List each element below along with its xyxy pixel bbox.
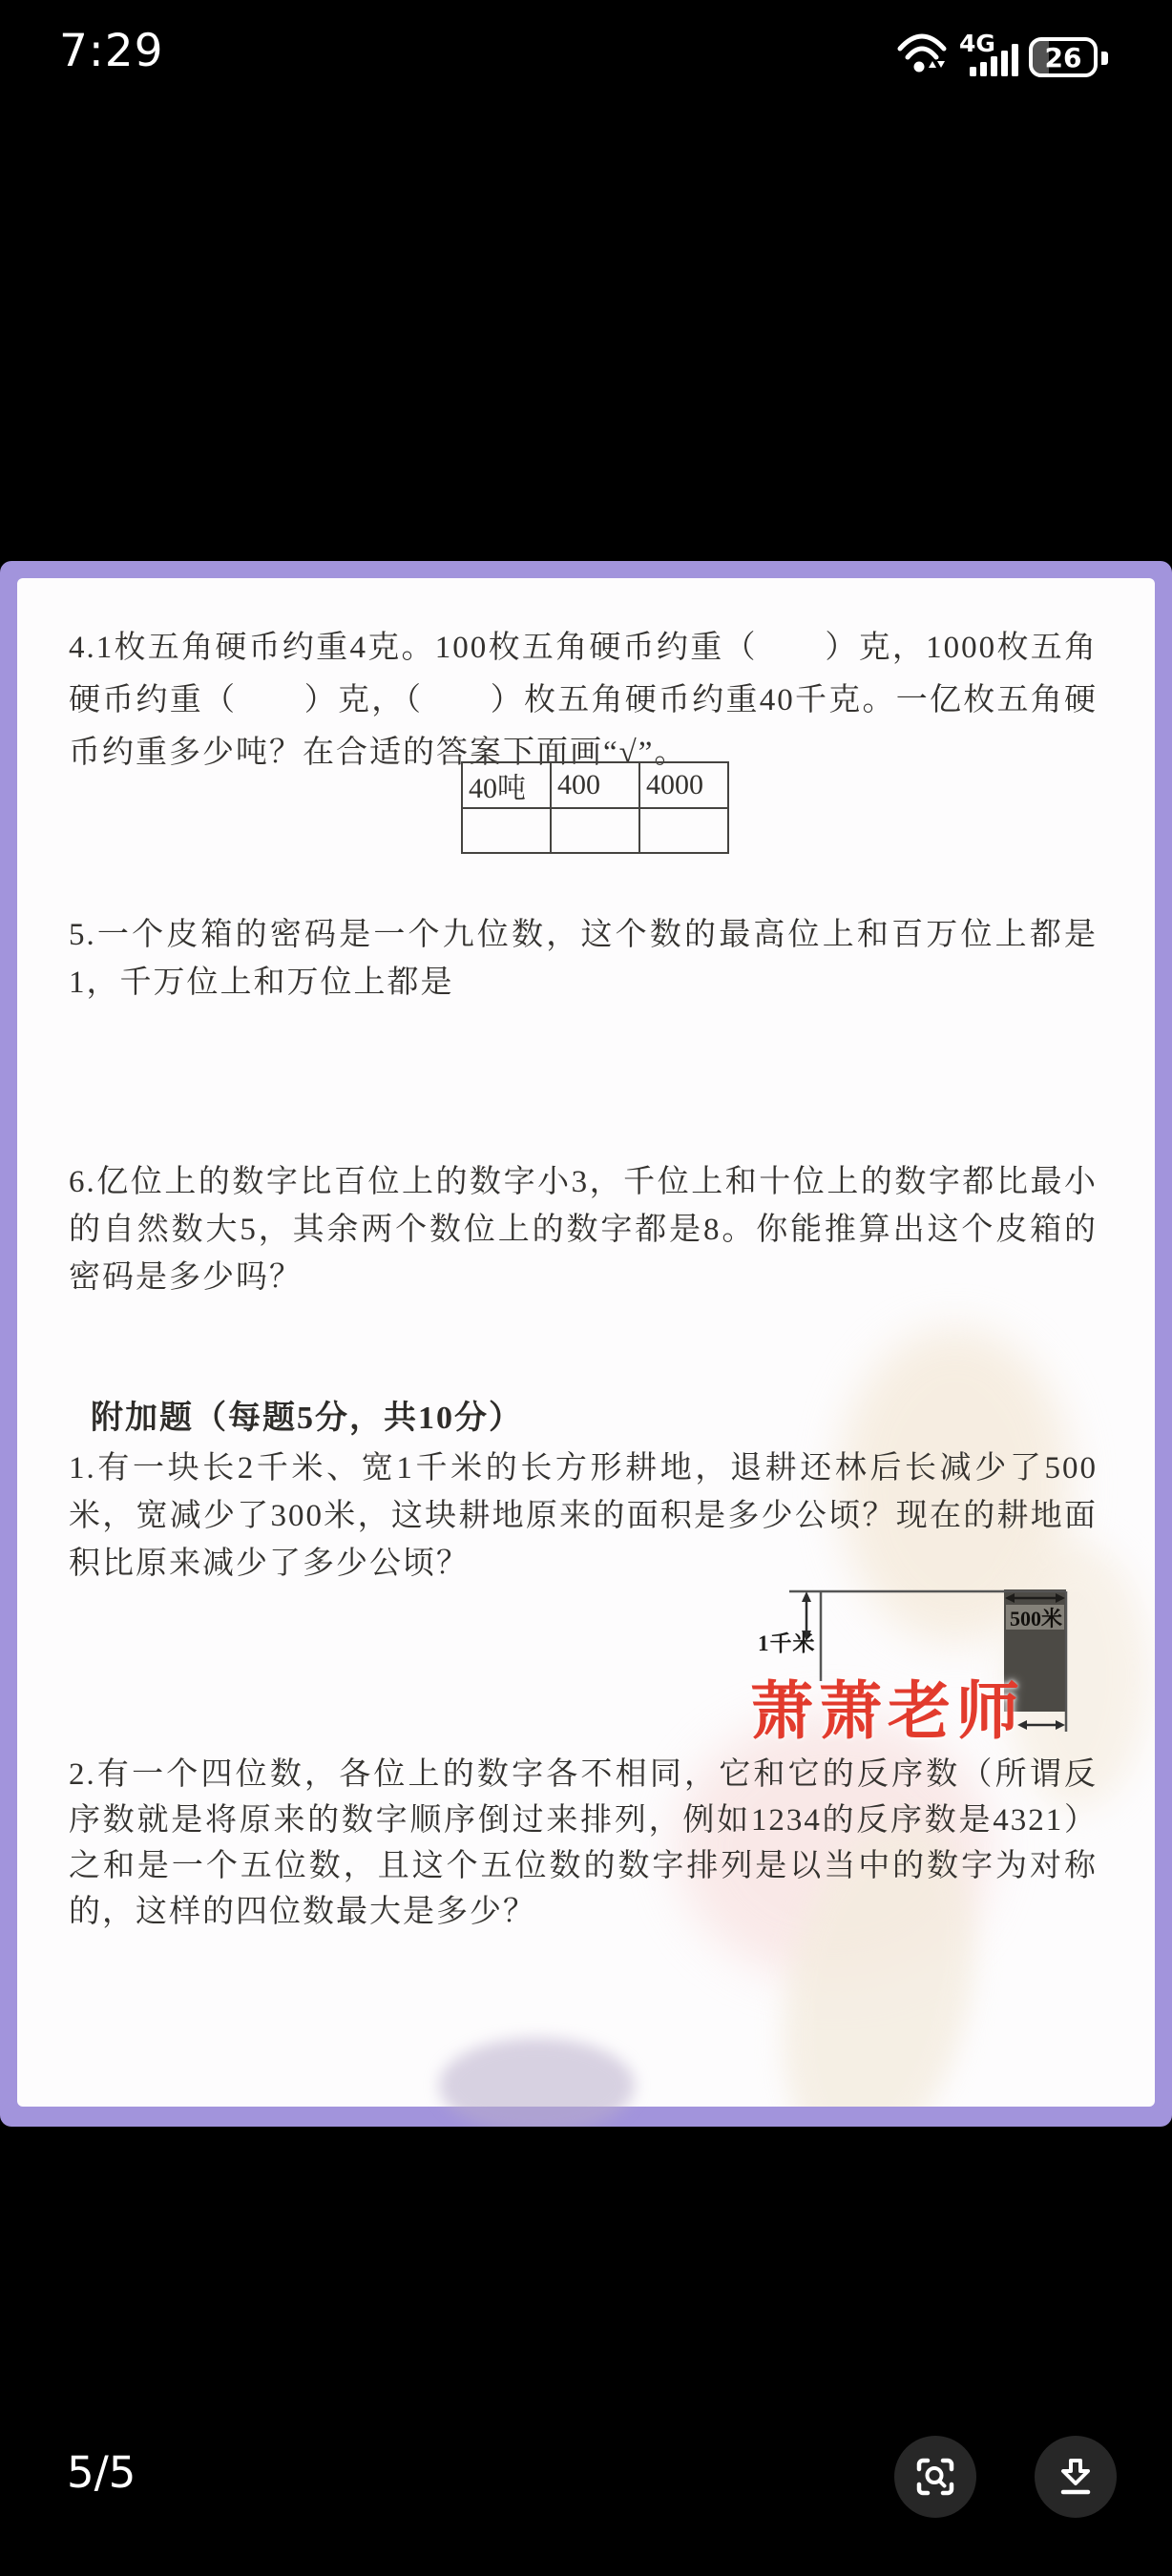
diagram-width-label: 1千米 (758, 1626, 816, 1657)
worksheet-photo: 4.1枚五角硬币约重4克。100枚五角硬币约重（ ）克，1000枚五角硬币约重（… (0, 561, 1172, 2127)
status-bar: 7:29 4G 26 (0, 0, 1172, 105)
answer-blank-row (462, 808, 728, 853)
signal-strength-icon (962, 42, 1021, 76)
answer-option-cell: 4000 (639, 762, 728, 808)
phone-screen: 7:29 4G 26 4.1枚五角硬币约重4克 (0, 0, 1172, 2576)
background-blob (439, 2038, 635, 2127)
question-4: 4.1枚五角硬币约重4克。100枚五角硬币约重（ ）克，1000枚五角硬币约重（… (69, 622, 1098, 779)
answer-option-cell: 40吨 (462, 762, 551, 808)
diagram-strip-label: 500米 (1010, 1607, 1062, 1631)
bonus-question-1: 1.有一块长2千米、宽1千米的长方形耕地，退耕还林后长减少了500米，宽减少了3… (69, 1444, 1098, 1588)
bonus-section-header: 附加题（每题5分，共10分） (91, 1391, 523, 1438)
download-icon (1053, 2454, 1099, 2500)
question-6: 6.亿位上的数字比百位上的数字小3，千位上和十位上的数字都比最小的自然数大5，其… (69, 1158, 1098, 1301)
teacher-watermark: 萧萧老师 (750, 1660, 1025, 1751)
wifi-icon (895, 32, 951, 76)
answer-blank-cell (551, 808, 639, 853)
viewer-bottom-bar: 5/5 (0, 2404, 1172, 2576)
answer-option-cell: 400 (551, 762, 639, 808)
bonus-question-2: 2.有一个四位数，各位上的数字各不相同，它和它的反序数（所谓反序数就是将原来的数… (69, 1752, 1098, 1935)
answer-options-table: 40吨 400 4000 (461, 761, 729, 854)
battery-percentage: 26 (1033, 42, 1094, 73)
question-5: 5.一个皮箱的密码是一个九位数，这个数的最高位上和百万位上都是1，千万位上和万位… (69, 911, 1098, 1007)
answer-blank-cell (462, 808, 551, 853)
worksheet-page: 4.1枚五角硬币约重4克。100枚五角硬币约重（ ）克，1000枚五角硬币约重（… (17, 578, 1155, 2107)
page-indicator: 5/5 (67, 2447, 136, 2498)
battery-icon: 26 (1029, 37, 1098, 77)
battery-terminal (1101, 52, 1108, 65)
search-in-image-button[interactable] (894, 2436, 976, 2518)
answer-options-row: 40吨 400 4000 (462, 762, 728, 808)
lens-search-icon (912, 2454, 958, 2500)
clock-time: 7:29 (59, 25, 164, 77)
answer-blank-cell (639, 808, 728, 853)
download-button[interactable] (1035, 2436, 1117, 2518)
